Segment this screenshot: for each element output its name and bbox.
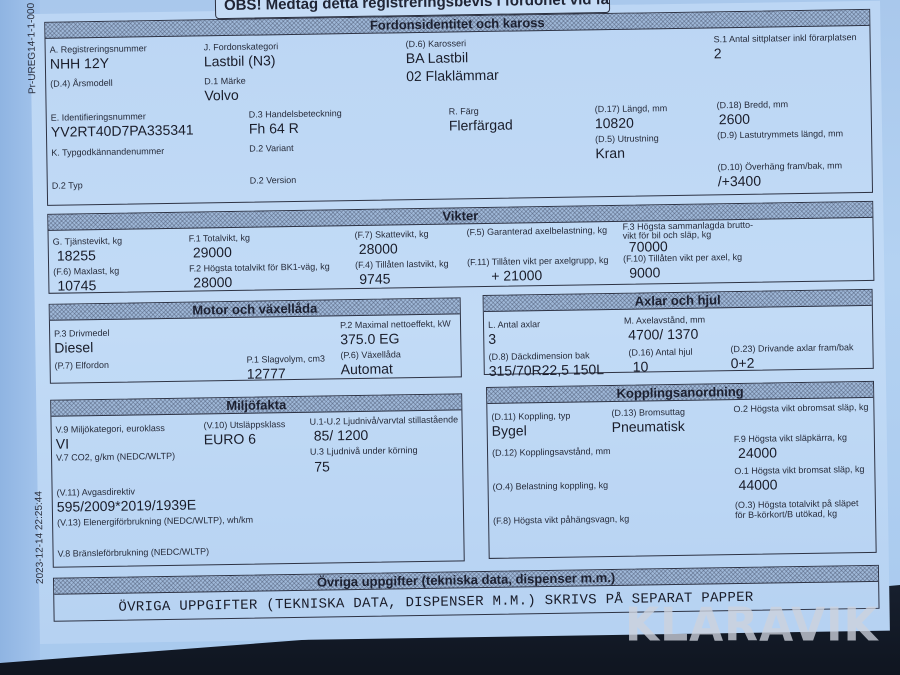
trade-name-label: D.3 Handelsbeteckning — [249, 108, 342, 119]
make-value: Volvo — [204, 87, 238, 104]
emission-class-value: EURO 6 — [204, 431, 256, 448]
electric-label: (P.7) Elfordon — [55, 360, 110, 371]
registration-certificate: OBS! Medtag detta registreringsbevis i f… — [30, 1, 890, 644]
fuel-value: Diesel — [54, 339, 93, 356]
allowed-load-value: 9745 — [359, 270, 390, 286]
width-value: 2600 — [719, 111, 750, 127]
overhang-value: /+3400 — [718, 173, 761, 190]
coupling-load-label: (O.4) Belastning koppling, kg — [493, 480, 609, 492]
variant-label: D.2 Variant — [249, 143, 294, 154]
displacement-value: 12777 — [247, 365, 286, 382]
bk1-weight-value: 28000 — [193, 274, 232, 291]
displacement-label: P.1 Slagvolym, cm3 — [246, 353, 325, 364]
driving-noise-value: 75 — [314, 458, 330, 474]
type-approval-label: K. Typgodkännandenummer — [51, 146, 164, 158]
color-value: Flerfärgad — [449, 117, 513, 134]
section-environment: Miljöfakta V.9 Miljökategori, euroklass … — [50, 393, 465, 567]
power-value: 375.0 EG — [340, 330, 399, 347]
brake-outlet-value: Pneumatisk — [612, 418, 685, 435]
per-axle-value: 9000 — [629, 264, 660, 280]
semi-trailer-label: (F.8) Högsta vikt påhängsvagn, kg — [493, 514, 629, 526]
braked-trailer-value: 44000 — [738, 476, 777, 493]
wheels-value: 10 — [633, 358, 649, 374]
registration-value: NHH 12Y — [50, 55, 109, 72]
power-label: P.2 Maximal nettoeffekt, kW — [340, 319, 451, 331]
electric-consumption-label: (V.13) Elenergiförbrukning (NEDC/WLTP), … — [57, 515, 253, 528]
form-code: Pr-UREG14-1-1-000 — [26, 3, 38, 94]
type-label: D.2 Typ — [52, 180, 83, 190]
b-license-label-2: för B-körkort/B utökad, kg — [735, 508, 837, 520]
stationary-noise-label: U.1-U.2 Ljudnivå/varvtal stillastående — [309, 414, 458, 426]
width-label: (D.18) Bredd, mm — [717, 99, 789, 110]
body-value-2: 02 Flaklämmar — [406, 67, 499, 84]
make-label: D.1 Märke — [204, 76, 246, 87]
vin-label: E. Identifieringsnummer — [51, 111, 146, 122]
overhang-label: (D.10) Överhäng fram/bak, mm — [718, 160, 843, 172]
length-value: 10820 — [595, 115, 634, 132]
section-title: Axlar och hjul — [484, 290, 872, 312]
driving-axles-label: (D.23) Drivande axlar fram/bak — [730, 342, 853, 354]
coupling-type-label: (D.11) Koppling, typ — [491, 411, 570, 422]
brake-outlet-label: (D.13) Bromsuttag — [611, 407, 685, 418]
coupling-type-value: Bygel — [492, 422, 527, 439]
equipment-value: Kran — [595, 145, 625, 161]
tax-weight-label: (F.7) Skattevikt, kg — [355, 229, 429, 240]
color-label: R. Färg — [449, 106, 479, 116]
tire-label: (D.8) Däckdimension bak — [488, 350, 589, 362]
section-title: Motor och växellåda — [50, 298, 460, 320]
gearbox-label: (P.6) Växellåda — [340, 349, 401, 360]
axle-count-value: 3 — [488, 331, 496, 347]
watermark-logo: KLARAVIK — [625, 599, 879, 653]
category-value: Lastbil (N3) — [204, 52, 276, 69]
category-label: J. Fordonskategori — [204, 41, 279, 52]
euroclass-label: V.9 Miljökategori, euroklass — [56, 423, 165, 435]
model-year-label: (D.4) Årsmodell — [50, 78, 113, 89]
axle-distance-value: 4700/ 1370 — [628, 326, 698, 343]
vin-value: YV2RT40D7PA335341 — [51, 122, 194, 140]
max-load-label: (F.6) Maxlast, kg — [53, 266, 119, 277]
total-weight-label: F.1 Totalvikt, kg — [189, 233, 251, 244]
driving-noise-label: U.3 Ljudnivå under körning — [310, 445, 418, 457]
unbraked-trailer-label: O.2 Högsta vikt obromsat släp, kg — [733, 402, 868, 414]
total-weight-value: 29000 — [193, 244, 232, 261]
section-coupling: Kopplingsanordning (D.11) Koppling, typ … — [486, 381, 877, 559]
tax-weight-value: 28000 — [359, 240, 398, 257]
cargo-length-label: (D.9) Lastutrymmets längd, mm — [717, 128, 843, 140]
version-label: D.2 Version — [250, 175, 297, 186]
emission-class-label: (V.10) Utsläppsklass — [204, 419, 286, 430]
tire-value: 315/70R22,5 150L — [489, 361, 604, 379]
axle-count-label: L. Antal axlar — [488, 319, 540, 330]
gearbox-value: Automat — [341, 360, 393, 377]
section-engine: Motor och växellåda P.3 Drivmedel Diesel… — [49, 297, 462, 383]
section-axles: Axlar och hjul L. Antal axlar 3 M. Axela… — [483, 289, 874, 375]
trade-name-value: Fh 64 R — [249, 120, 299, 137]
allowed-load-label: (F.4) Tillåten lastvikt, kg — [355, 259, 449, 270]
trailer-cart-value: 24000 — [738, 444, 777, 461]
coupling-distance-label: (D.12) Kopplingsavstånd, mm — [492, 446, 611, 458]
section-title: Kopplingsanordning — [487, 382, 873, 404]
trailer-cart-label: F.9 Högsta vikt släpkärra, kg — [734, 432, 847, 444]
section-vehicle-identity: Fordonsidentitet och kaross A. Registrer… — [44, 9, 873, 206]
max-load-value: 10745 — [57, 277, 96, 294]
print-timestamp: 2023-12-14 22:25:44 — [34, 491, 46, 584]
equipment-label: (D.5) Utrustning — [595, 133, 659, 144]
section-title: Övriga uppgifter (tekniska data, dispens… — [54, 566, 878, 595]
braked-trailer-label: O.1 Högsta vikt bromsat släp, kg — [734, 464, 864, 476]
section-title: Miljöfakta — [51, 394, 461, 416]
euroclass-value: VI — [56, 436, 69, 452]
axle-group-value: + 21000 — [491, 267, 542, 284]
fuel-consumption-label: V.8 Bränsleförbrukning (NEDC/WLTP) — [58, 546, 210, 558]
body-value-1: BA Lastbil — [406, 49, 469, 66]
service-weight-value: 18255 — [57, 247, 96, 264]
fuel-label: P.3 Drivmedel — [54, 328, 110, 339]
axle-group-label: (F.11) Tillåten vikt per axelgrupp, kg — [467, 255, 609, 267]
exhaust-directive-value: 595/2009*2019/1939E — [57, 497, 197, 515]
service-weight-label: G. Tjänstevikt, kg — [53, 236, 123, 247]
bk1-weight-label: F.2 Högsta totalvikt för BK1-väg, kg — [189, 261, 330, 273]
co2-label: V.7 CO2, g/km (NEDC/WLTP) — [56, 451, 175, 463]
axle-guaranteed-label: (F.5) Garanterad axelbelastning, kg — [467, 225, 608, 237]
stationary-noise-value: 85/ 1200 — [314, 427, 369, 444]
seats-value: 2 — [714, 45, 722, 61]
per-axle-label: (F.10) Tillåten vikt per axel, kg — [623, 252, 742, 264]
seats-label: S.1 Antal sittplatser inkl förarplatsen — [714, 32, 857, 44]
section-weights: Vikter G. Tjänstevikt, kg 18255 F.1 Tota… — [47, 201, 874, 294]
driving-axles-value: 0+2 — [731, 355, 755, 371]
length-label: (D.17) Längd, mm — [595, 103, 668, 114]
registration-label: A. Registreringsnummer — [50, 43, 147, 55]
exhaust-directive-label: (V.11) Avgasdirektiv — [57, 486, 136, 497]
axle-distance-label: M. Axelavstånd, mm — [624, 315, 705, 326]
body-label: (D.6) Karosseri — [406, 38, 467, 49]
wheels-label: (D.16) Antal hjul — [628, 347, 692, 358]
